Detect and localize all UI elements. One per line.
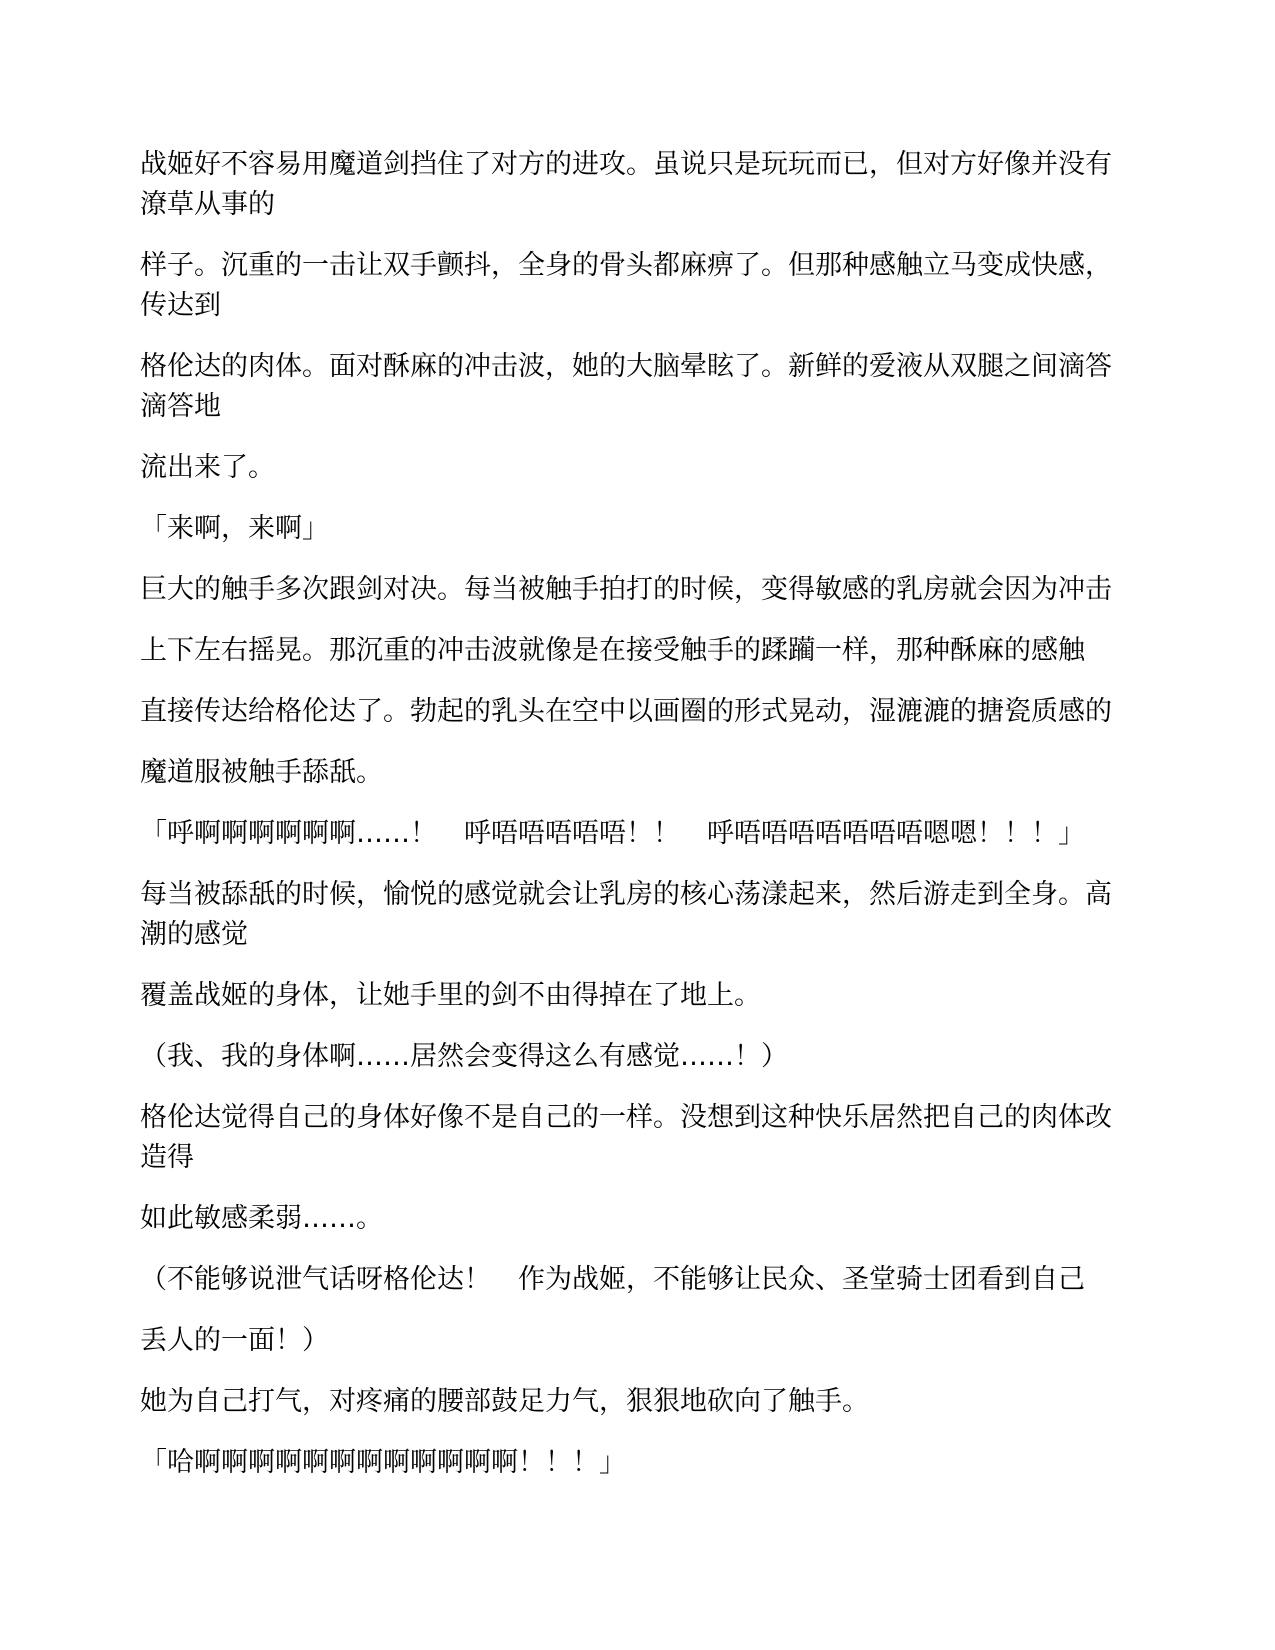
text-line: 巨大的触手多次跟剑对决。每当被触手拍打的时候，变得敏感的乳房就会因为冲击 [140, 570, 1150, 610]
paragraph: 魔道服被触手舔舐。 [140, 753, 1150, 793]
paragraph: 战姬好不容易用魔道剑挡住了对方的进攻。虽说只是玩玩而已，但对方好像并没有潦草从事… [140, 145, 1150, 225]
text-line: 「呼啊啊啊啊啊啊……！ 呼唔唔唔唔唔！！ 呼唔唔唔唔唔唔唔嗯嗯！！！」 [140, 814, 1150, 854]
paragraph: 「哈啊啊啊啊啊啊啊啊啊啊啊啊！！！」 [140, 1443, 1150, 1483]
paragraph: 巨大的触手多次跟剑对决。每当被触手拍打的时候，变得敏感的乳房就会因为冲击 [140, 570, 1150, 610]
text-line: 每当被舔舐的时候，愉悦的感觉就会让乳房的核心荡漾起来，然后游走到全身。高 [140, 875, 1150, 915]
paragraph: （不能够说泄气话呀格伦达！ 作为战姬，不能够让民众、圣堂骑士团看到自己 [140, 1260, 1150, 1300]
paragraph: 覆盖战姬的身体，让她手里的剑不由得掉在了地上。 [140, 976, 1150, 1016]
text-line: 潦草从事的 [140, 185, 1150, 225]
paragraph: 格伦达觉得自己的身体好像不是自己的一样。没想到这种快乐居然把自己的肉体改造得 [140, 1098, 1150, 1178]
text-line: 格伦达觉得自己的身体好像不是自己的一样。没想到这种快乐居然把自己的肉体改 [140, 1098, 1150, 1138]
text-line: 造得 [140, 1138, 1150, 1178]
text-line: 滴答地 [140, 387, 1150, 427]
text-line: 潮的感觉 [140, 915, 1150, 955]
paragraph: 「呼啊啊啊啊啊啊……！ 呼唔唔唔唔唔！！ 呼唔唔唔唔唔唔唔嗯嗯！！！」 [140, 814, 1150, 854]
text-line: 战姬好不容易用魔道剑挡住了对方的进攻。虽说只是玩玩而已，但对方好像并没有 [140, 145, 1150, 185]
text-line: 上下左右摇晃。那沉重的冲击波就像是在接受触手的蹂躏一样，那种酥麻的感触 [140, 631, 1150, 671]
paragraph: 如此敏感柔弱……。 [140, 1199, 1150, 1239]
paragraph: 「来啊，来啊」 [140, 509, 1150, 549]
text-line: 流出来了。 [140, 448, 1150, 488]
text-line: 「来啊，来啊」 [140, 509, 1150, 549]
text-line: 格伦达的肉体。面对酥麻的冲击波，她的大脑晕眩了。新鲜的爱液从双腿之间滴答 [140, 347, 1150, 387]
paragraph: 格伦达的肉体。面对酥麻的冲击波，她的大脑晕眩了。新鲜的爱液从双腿之间滴答滴答地 [140, 347, 1150, 427]
paragraph: 样子。沉重的一击让双手颤抖，全身的骨头都麻痹了。但那种感触立马变成快感，传达到 [140, 246, 1150, 326]
text-line: 魔道服被触手舔舐。 [140, 753, 1150, 793]
paragraph: （我、我的身体啊……居然会变得这么有感觉……！） [140, 1037, 1150, 1077]
paragraph: 丢人的一面！） [140, 1321, 1150, 1361]
text-line: 「哈啊啊啊啊啊啊啊啊啊啊啊啊！！！」 [140, 1443, 1150, 1483]
text-line: 直接传达给格伦达了。勃起的乳头在空中以画圈的形式晃动，湿漉漉的搪瓷质感的 [140, 692, 1150, 732]
text-line: （我、我的身体啊……居然会变得这么有感觉……！） [140, 1037, 1150, 1077]
text-line: （不能够说泄气话呀格伦达！ 作为战姬，不能够让民众、圣堂骑士团看到自己 [140, 1260, 1150, 1300]
paragraph: 直接传达给格伦达了。勃起的乳头在空中以画圈的形式晃动，湿漉漉的搪瓷质感的 [140, 692, 1150, 732]
text-line: 她为自己打气，对疼痛的腰部鼓足力气，狠狠地砍向了触手。 [140, 1382, 1150, 1422]
document-body: 战姬好不容易用魔道剑挡住了对方的进攻。虽说只是玩玩而已，但对方好像并没有潦草从事… [140, 145, 1150, 1504]
text-line: 丢人的一面！） [140, 1321, 1150, 1361]
paragraph: 每当被舔舐的时候，愉悦的感觉就会让乳房的核心荡漾起来，然后游走到全身。高潮的感觉 [140, 875, 1150, 955]
text-line: 传达到 [140, 286, 1150, 326]
document-page: 战姬好不容易用魔道剑挡住了对方的进攻。虽说只是玩玩而已，但对方好像并没有潦草从事… [0, 0, 1275, 1650]
paragraph: 流出来了。 [140, 448, 1150, 488]
text-line: 样子。沉重的一击让双手颤抖，全身的骨头都麻痹了。但那种感触立马变成快感， [140, 246, 1150, 286]
text-line: 覆盖战姬的身体，让她手里的剑不由得掉在了地上。 [140, 976, 1150, 1016]
paragraph: 她为自己打气，对疼痛的腰部鼓足力气，狠狠地砍向了触手。 [140, 1382, 1150, 1422]
paragraph: 上下左右摇晃。那沉重的冲击波就像是在接受触手的蹂躏一样，那种酥麻的感触 [140, 631, 1150, 671]
text-line: 如此敏感柔弱……。 [140, 1199, 1150, 1239]
